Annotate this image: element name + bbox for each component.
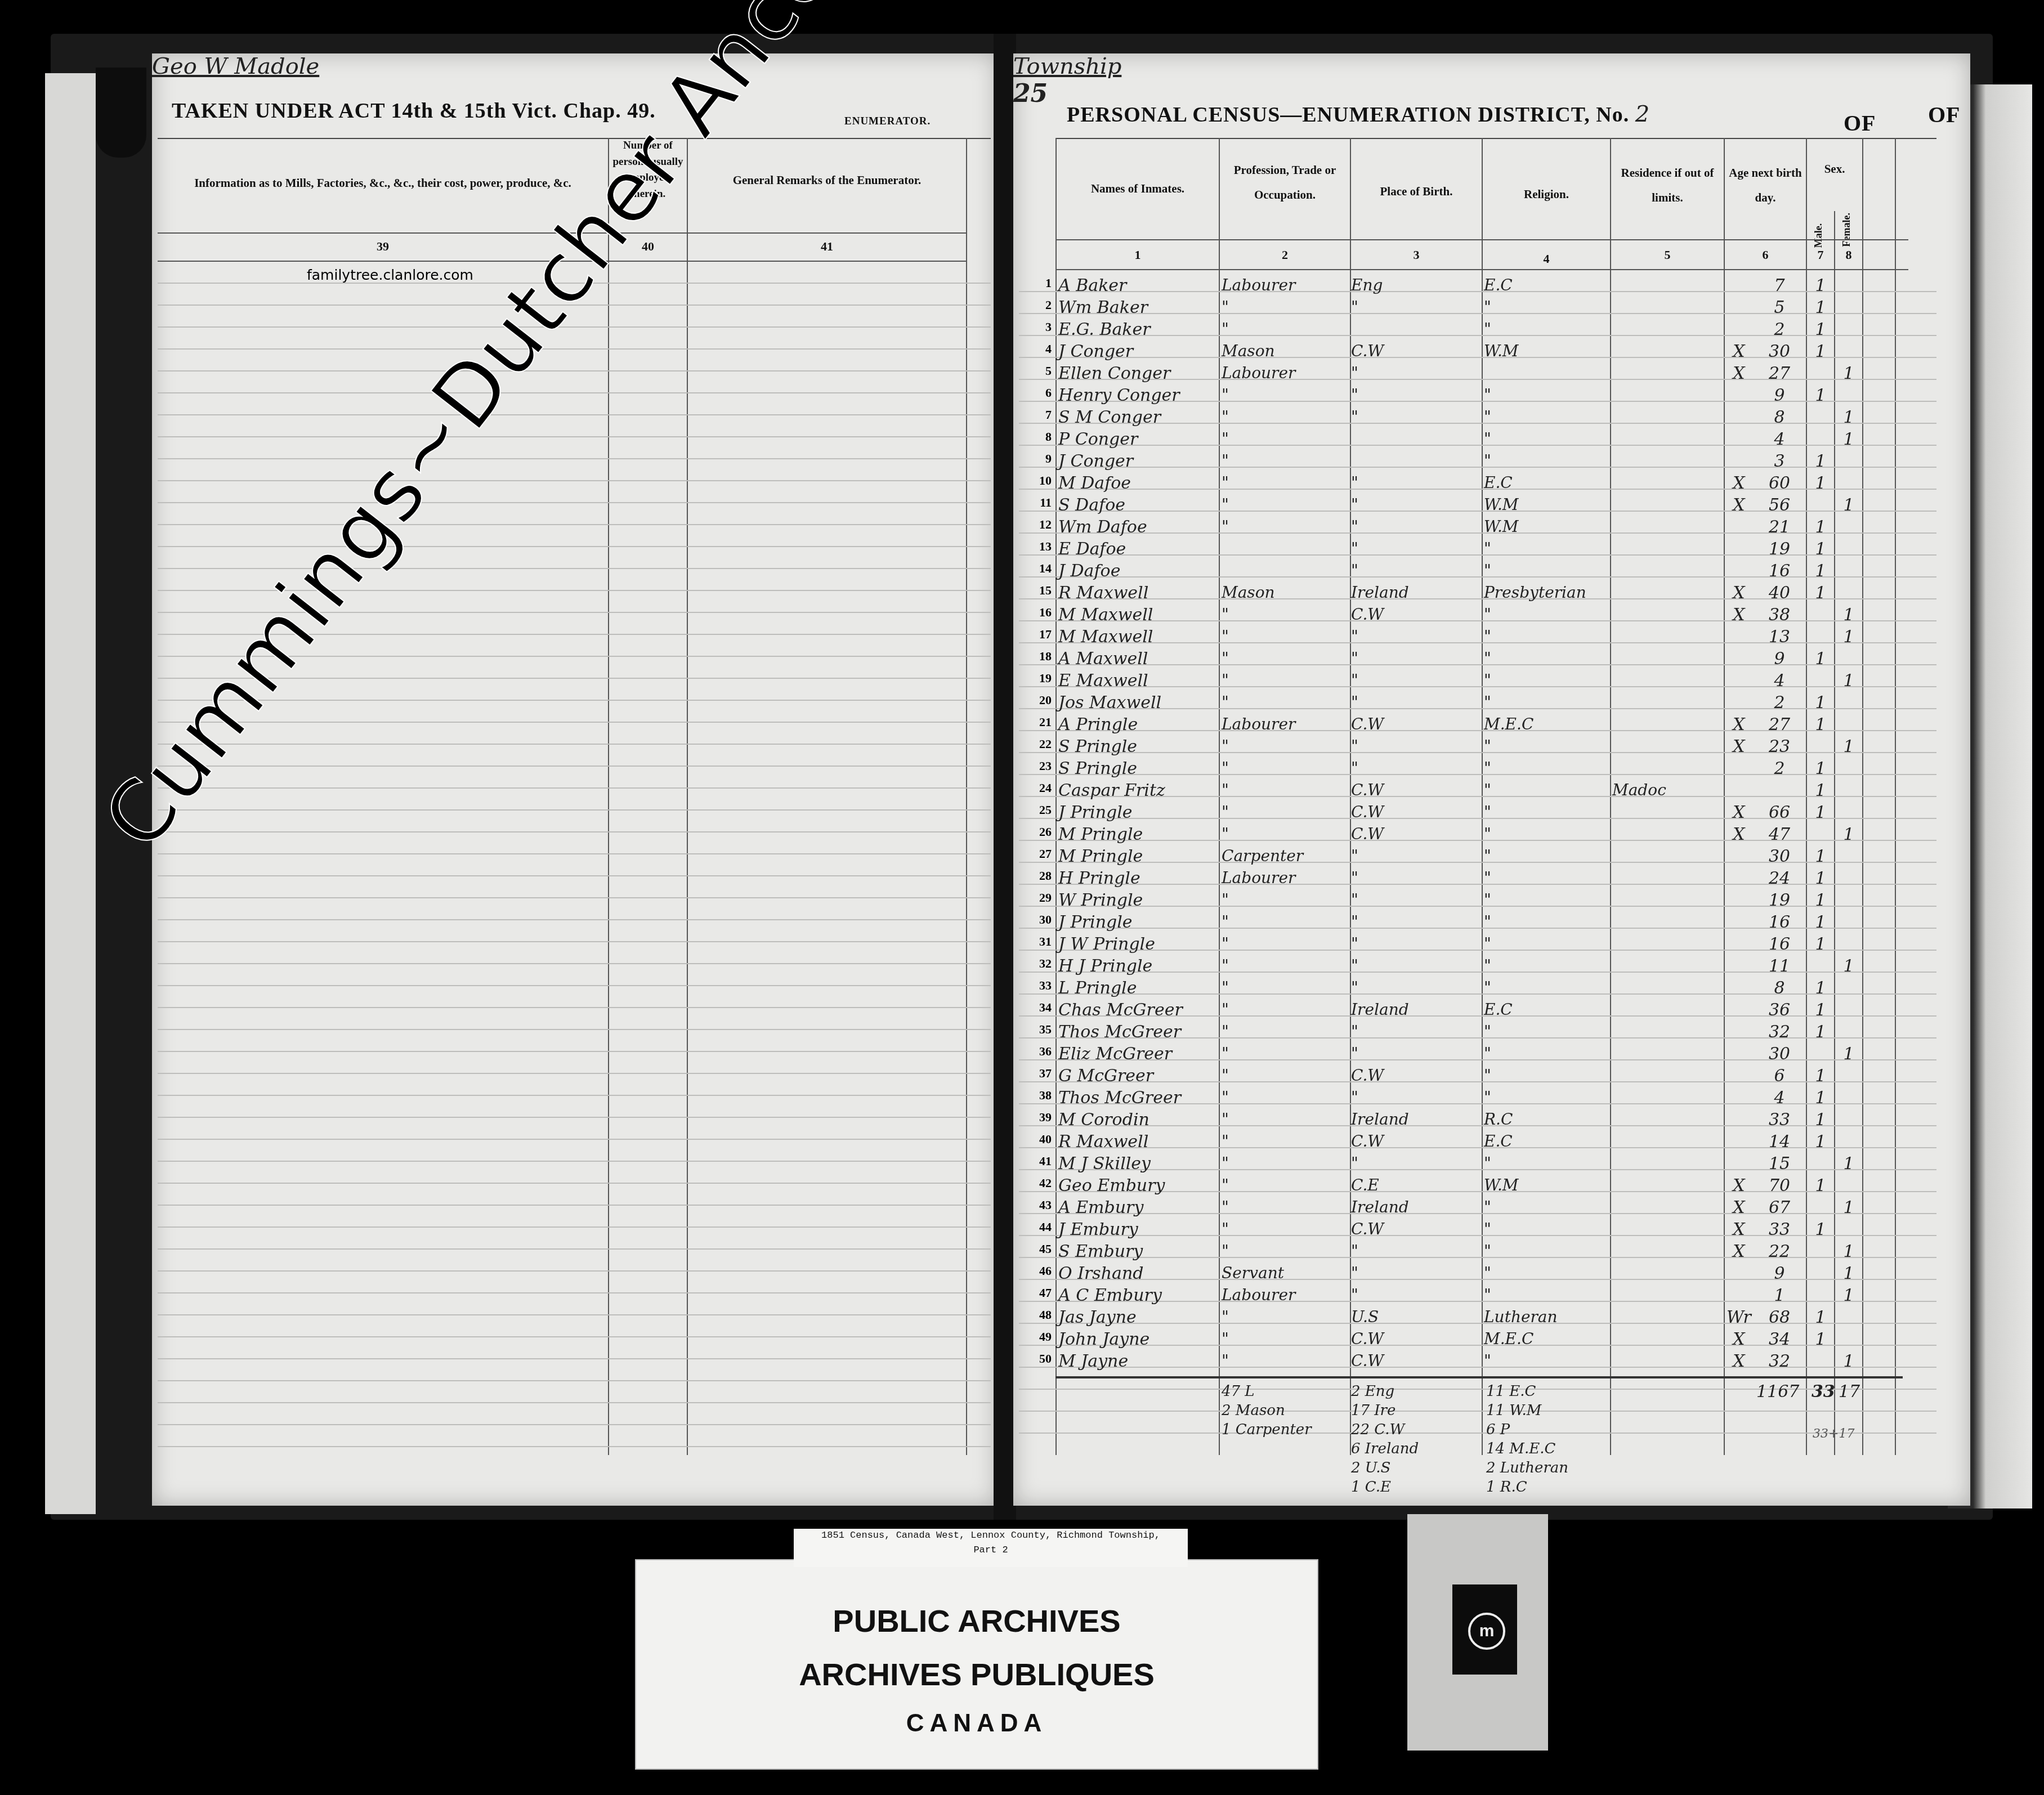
cell-age: 5 [1753, 298, 1806, 317]
cell-male: 1 [1807, 298, 1834, 317]
table-row: 47A C EmburyLabourer""11 [1013, 1286, 1970, 1308]
enumerator-signature: Geo W Madole [152, 53, 996, 79]
cell-occupation: " [1222, 320, 1350, 338]
cell-age: 23 [1753, 737, 1806, 757]
table-row: 30J Pringle"""161 [1013, 912, 1970, 934]
cell-name: Thos McGreer [1058, 1022, 1219, 1042]
cell-religion: W.M [1484, 1176, 1609, 1194]
cell-name: S Dafoe [1058, 495, 1219, 515]
cell-religion: " [1484, 869, 1609, 887]
cell-n: 17 [1018, 627, 1052, 642]
cell-religion: E.C [1484, 1000, 1609, 1019]
of-label: OF [1844, 110, 1876, 136]
table-row: 5Ellen CongerLabourer"X271 [1013, 364, 1970, 386]
cell-male: 1 [1807, 1220, 1834, 1239]
cell-religion: R.C [1484, 1110, 1609, 1129]
table-row: 33L Pringle"""81 [1013, 978, 1970, 1000]
cell-name: S M Conger [1058, 408, 1219, 427]
cell-birthplace: C.W [1351, 1220, 1481, 1238]
cell-male: 1 [1807, 759, 1834, 778]
cell-n: 9 [1018, 451, 1052, 466]
table-row: 39M Corodin"IrelandR.C331 [1013, 1110, 1970, 1132]
enumerator-label: ENUMERATOR. [844, 115, 931, 128]
cell-occupation: " [1222, 1110, 1350, 1129]
cell-age: 19 [1753, 539, 1806, 559]
census-header: PERSONAL CENSUS—ENUMERATION DISTRICT, No… [1067, 101, 1650, 127]
cell-male: 1 [1807, 386, 1834, 405]
cell-occupation: Mason [1222, 583, 1350, 602]
cell-occupation: Mason [1222, 342, 1350, 360]
cell-birthplace: C.E [1351, 1176, 1481, 1194]
cell-married: X [1725, 583, 1753, 603]
cell-name: M Pringle [1058, 847, 1219, 866]
cell-name: Chas McGreer [1058, 1000, 1219, 1020]
tally-line: 47 L [1222, 1382, 1312, 1401]
cell-religion: " [1484, 671, 1609, 690]
cell-occupation: " [1222, 495, 1350, 514]
cell-religion: M.E.C [1484, 715, 1609, 733]
cell-n: 27 [1018, 847, 1052, 861]
cell-birthplace: " [1351, 1088, 1481, 1107]
cell-occupation: " [1222, 803, 1350, 821]
cell-age: 4 [1753, 671, 1806, 691]
column-heading-age: Age next birth day. [1725, 160, 1806, 210]
cell-age: 33 [1753, 1110, 1806, 1130]
cell-occupation: " [1222, 978, 1350, 997]
cell-religion: " [1484, 649, 1609, 668]
cell-age: 30 [1753, 847, 1806, 866]
cell-religion: " [1484, 1198, 1609, 1216]
cell-occupation: " [1222, 429, 1350, 448]
cell-n: 23 [1018, 759, 1052, 773]
cell-married: X [1725, 605, 1753, 625]
cell-male: 1 [1807, 1066, 1834, 1086]
cell-age: 24 [1753, 869, 1806, 888]
cell-female: 1 [1835, 1154, 1862, 1174]
cell-age: 27 [1753, 715, 1806, 735]
cell-birthplace: " [1351, 408, 1481, 426]
tally-line: 22 C.W [1351, 1420, 1419, 1439]
cell-n: 14 [1018, 561, 1052, 576]
cell-religion: " [1484, 451, 1609, 470]
cell-n: 29 [1018, 890, 1052, 905]
cell-religion: " [1484, 781, 1609, 799]
column-number: 6 [1725, 248, 1806, 262]
cell-n: 2 [1018, 298, 1052, 312]
cell-occupation: " [1222, 1308, 1350, 1326]
totals-rule [1055, 1376, 1903, 1378]
cell-married: X [1725, 364, 1753, 383]
cell-name: M Maxwell [1058, 605, 1219, 625]
cell-occupation: " [1222, 890, 1350, 909]
cell-occupation: " [1222, 1330, 1350, 1348]
cell-female: 1 [1835, 1351, 1862, 1371]
cell-occupation: " [1222, 737, 1350, 755]
cell-name: J Conger [1058, 342, 1219, 361]
cell-name: S Pringle [1058, 737, 1219, 757]
cell-name: M Jayne [1058, 1351, 1219, 1371]
cell-occupation: " [1222, 386, 1350, 404]
cell-occupation: " [1222, 473, 1350, 492]
cell-female: 1 [1835, 737, 1862, 757]
cell-age: 38 [1753, 605, 1806, 625]
cell-n: 47 [1018, 1286, 1052, 1300]
cell-n: 13 [1018, 539, 1052, 554]
cell-birthplace: " [1351, 759, 1481, 777]
cell-occupation: " [1222, 649, 1350, 668]
cell-birthplace: " [1351, 693, 1481, 711]
cell-age: 40 [1753, 583, 1806, 603]
cell-religion: " [1484, 956, 1609, 975]
table-row: 43A Embury"Ireland"X671 [1013, 1198, 1970, 1220]
cell-name: E.G. Baker [1058, 320, 1219, 339]
cell-female: 1 [1835, 671, 1862, 691]
cell-n: 26 [1018, 825, 1052, 839]
cell-n: 4 [1018, 342, 1052, 356]
table-row: 19E Maxwell"""41 [1013, 671, 1970, 693]
cell-name: Wm Dafoe [1058, 517, 1219, 537]
cell-occupation: " [1222, 759, 1350, 777]
cell-religion: " [1484, 408, 1609, 426]
act-header: TAKEN UNDER ACT 14th & 15th Vict. Chap. … [172, 99, 656, 123]
column-number: 2 [1220, 248, 1350, 262]
cell-age: 2 [1753, 759, 1806, 778]
cell-n: 46 [1018, 1264, 1052, 1278]
cell-birthplace: " [1351, 1022, 1481, 1041]
cell-religion: " [1484, 847, 1609, 865]
cell-occupation: Carpenter [1222, 847, 1350, 865]
archives-line-french: ARCHIVES PUBLIQUES [636, 1656, 1317, 1693]
cell-birthplace: " [1351, 539, 1481, 558]
cell-n: 40 [1018, 1132, 1052, 1147]
cell-name: G McGreer [1058, 1066, 1219, 1086]
cell-age: 34 [1753, 1330, 1806, 1349]
cell-male: 1 [1807, 978, 1834, 998]
microfilm-label: 1851 Census, Canada West, Lennox County,… [794, 1529, 1188, 1567]
cell-married: X [1725, 715, 1753, 735]
cell-male: 1 [1807, 693, 1834, 713]
tally-line: 1 Carpenter [1222, 1420, 1312, 1439]
cell-religion: " [1484, 1242, 1609, 1260]
cell-name: Thos McGreer [1058, 1088, 1219, 1108]
cell-n: 11 [1018, 495, 1052, 510]
table-row: 36Eliz McGreer"""301 [1013, 1044, 1970, 1066]
cell-male: 1 [1807, 781, 1834, 800]
cell-n: 21 [1018, 715, 1052, 729]
column-number: 7 [1807, 248, 1834, 262]
cell-age: 15 [1753, 1154, 1806, 1174]
cell-married: X [1725, 1198, 1753, 1217]
cell-religion: " [1484, 1066, 1609, 1085]
table-row: 9J Conger""31 [1013, 451, 1970, 473]
cell-n: 15 [1018, 583, 1052, 598]
cell-male: 1 [1807, 715, 1834, 735]
cell-birthplace: " [1351, 1264, 1481, 1282]
cell-birthplace: C.W [1351, 1351, 1481, 1370]
cell-n: 16 [1018, 605, 1052, 620]
cell-name: Ellen Conger [1058, 364, 1219, 383]
cell-male: 1 [1807, 1088, 1834, 1108]
table-row: 7S M Conger"""81 [1013, 408, 1970, 429]
cell-married: X [1725, 1351, 1753, 1371]
cell-female: 1 [1835, 408, 1862, 427]
cell-birthplace: C.W [1351, 715, 1481, 733]
table-row: 23S Pringle"""21 [1013, 759, 1970, 781]
totals-footnote: 33+17 [1813, 1427, 1854, 1441]
cell-male: 1 [1807, 539, 1834, 559]
cell-birthplace: U.S [1351, 1308, 1481, 1326]
cell-male: 1 [1807, 473, 1834, 493]
cell-name: S Pringle [1058, 759, 1219, 778]
table-row: 48Jas Jayne"U.SLutheranWr681 [1013, 1308, 1970, 1330]
cell-religion: M.E.C [1484, 1330, 1609, 1348]
cell-occupation: " [1222, 1066, 1350, 1085]
cell-name: J Pringle [1058, 912, 1219, 932]
cell-age: 32 [1753, 1022, 1806, 1042]
cell-occupation: " [1222, 1351, 1350, 1370]
table-row: 46O IrshandServant""91 [1013, 1264, 1970, 1286]
header-rule [158, 138, 991, 139]
cell-religion: " [1484, 978, 1609, 997]
totals-birthplace: 2 Eng17 Ire22 C.W6 Ireland2 U.S1 C.E [1351, 1382, 1419, 1497]
cell-n: 19 [1018, 671, 1052, 686]
cell-birthplace: " [1351, 890, 1481, 909]
cell-birthplace: C.W [1351, 781, 1481, 799]
cell-religion: W.M [1484, 517, 1609, 536]
cell-birthplace: C.W [1351, 605, 1481, 624]
cell-occupation: " [1222, 451, 1350, 470]
table-row: 29W Pringle"""191 [1013, 890, 1970, 912]
census-scan: TAKEN UNDER ACT 14th & 15th Vict. Chap. … [0, 0, 2044, 1795]
archives-line-english: PUBLIC ARCHIVES [636, 1602, 1317, 1639]
cell-birthplace: C.W [1351, 1066, 1481, 1085]
cell-religion: " [1484, 320, 1609, 338]
cell-n: 31 [1018, 934, 1052, 949]
cell-birthplace: " [1351, 1286, 1481, 1304]
cell-male: 1 [1807, 1022, 1834, 1042]
tally-line: 6 Ireland [1351, 1439, 1419, 1458]
cell-birthplace: " [1351, 495, 1481, 514]
cell-male: 1 [1807, 890, 1834, 910]
cell-n: 41 [1018, 1154, 1052, 1169]
cell-married: X [1725, 1220, 1753, 1239]
cell-name: E Dafoe [1058, 539, 1219, 559]
cell-n: 6 [1018, 386, 1052, 400]
tally-line: 2 Mason [1222, 1401, 1312, 1420]
cell-age: 9 [1753, 386, 1806, 405]
table-row: 28H PringleLabourer""241 [1013, 869, 1970, 890]
column-heading-names: Names of Inmates. [1057, 180, 1219, 198]
cell-occupation: " [1222, 1088, 1350, 1107]
cell-male: 1 [1807, 1176, 1834, 1196]
cell-religion: W.M [1484, 495, 1609, 514]
cell-female: 1 [1835, 956, 1862, 976]
cell-birthplace: " [1351, 737, 1481, 755]
page-gutter [994, 34, 1016, 1520]
cell-religion: " [1484, 912, 1609, 931]
of-label-continuation: OF [1928, 101, 1961, 128]
tally-line: 2 Eng [1351, 1382, 1419, 1401]
cell-male: 1 [1807, 451, 1834, 471]
left-book-edge [45, 73, 96, 1514]
cell-name: Jas Jayne [1058, 1308, 1219, 1327]
cell-male: 1 [1807, 1330, 1834, 1349]
totals-age: 1167 [1756, 1382, 1799, 1402]
table-row: 10M Dafoe""E.CX601 [1013, 473, 1970, 495]
cell-religion: " [1484, 627, 1609, 646]
cell-birthplace: " [1351, 561, 1481, 580]
cell-occupation: " [1222, 1220, 1350, 1238]
cell-n: 12 [1018, 517, 1052, 532]
cell-male: 1 [1807, 847, 1834, 866]
cell-male: 1 [1807, 320, 1834, 339]
cell-age: 3 [1753, 451, 1806, 471]
table-row: 6Henry Conger"""91 [1013, 386, 1970, 408]
cell-occupation: Servant [1222, 1264, 1350, 1282]
cell-religion: " [1484, 934, 1609, 953]
table-row: 1A BakerLabourerEngE.C71 [1013, 276, 1970, 298]
column-heading-birthplace: Place of Birth. [1351, 183, 1482, 201]
cell-religion: E.C [1484, 473, 1609, 492]
cell-religion: E.C [1484, 276, 1609, 294]
cell-age: 70 [1753, 1176, 1806, 1196]
cell-n: 1 [1018, 276, 1052, 290]
header-rule [1055, 138, 1936, 139]
cell-religion: E.C [1484, 1132, 1609, 1151]
site-tag: familytree.clanlore.com [307, 267, 473, 283]
cell-female: 1 [1835, 1264, 1862, 1283]
cell-religion: " [1484, 539, 1609, 558]
archives-card: PUBLIC ARCHIVES ARCHIVES PUBLIQUES CANAD… [635, 1559, 1318, 1770]
district-name: Township [1013, 53, 1970, 79]
cell-occupation: " [1222, 1132, 1350, 1151]
microfilm-logo-icon: m [1452, 1584, 1517, 1675]
cell-n: 49 [1018, 1330, 1052, 1344]
cell-birthplace: " [1351, 847, 1481, 865]
table-row: 16M Maxwell"C.W"X381 [1013, 605, 1970, 627]
cell-male: 1 [1807, 869, 1834, 888]
cell-birthplace: " [1351, 912, 1481, 931]
cell-n: 42 [1018, 1176, 1052, 1190]
table-row: 12Wm Dafoe""W.M211 [1013, 517, 1970, 539]
cell-married: X [1725, 1330, 1753, 1349]
film-edge [0, 1773, 2044, 1795]
cell-name: O Irshand [1058, 1264, 1219, 1283]
table-row: 40R Maxwell"C.WE.C141 [1013, 1132, 1970, 1154]
table-row: 11S Dafoe""W.MX561 [1013, 495, 1970, 517]
cell-name: R Maxwell [1058, 583, 1219, 603]
cell-age: 22 [1753, 1242, 1806, 1261]
cell-age: 2 [1753, 320, 1806, 339]
totals-female: 17 [1839, 1382, 1860, 1402]
cell-occupation: Labourer [1222, 715, 1350, 733]
district-number: 2 [1635, 101, 1650, 127]
cell-occupation: " [1222, 781, 1350, 799]
table-row: 22S Pringle"""X231 [1013, 737, 1970, 759]
cell-occupation: " [1222, 627, 1350, 646]
cell-birthplace: C.W [1351, 1132, 1481, 1151]
cell-name: W Pringle [1058, 890, 1219, 910]
cell-religion: " [1484, 1286, 1609, 1304]
cell-age: 21 [1753, 517, 1806, 537]
cell-religion: " [1484, 1351, 1609, 1370]
cell-age: 66 [1753, 803, 1806, 822]
cell-name: E Maxwell [1058, 671, 1219, 691]
cell-age: 16 [1753, 561, 1806, 581]
table-row: 20Jos Maxwell"""21 [1013, 693, 1970, 715]
cell-name: Jos Maxwell [1058, 693, 1219, 713]
cell-female: 1 [1835, 364, 1862, 383]
cell-married: X [1725, 1176, 1753, 1196]
cell-religion: " [1484, 1154, 1609, 1172]
microfilm-label-line1: 1851 Census, Canada West, Lennox County,… [794, 1529, 1188, 1543]
cell-occupation: " [1222, 298, 1350, 316]
cell-female: 1 [1835, 605, 1862, 625]
cell-name: L Pringle [1058, 978, 1219, 998]
cell-female: 1 [1835, 495, 1862, 515]
cell-religion: " [1484, 1044, 1609, 1063]
cell-name: M J Skilley [1058, 1154, 1219, 1174]
cell-occupation: " [1222, 408, 1350, 426]
totals-religion: 11 E.C11 W.M6 P14 M.E.C2 Lutheran1 R.C [1486, 1382, 1568, 1497]
column-number: 8 [1835, 248, 1862, 262]
cell-male: 1 [1807, 517, 1834, 537]
table-row: 41M J Skilley"""151 [1013, 1154, 1970, 1176]
cell-religion: " [1484, 429, 1609, 448]
tally-line: 14 M.E.C [1486, 1439, 1568, 1458]
cell-married: X [1725, 1242, 1753, 1261]
cell-name: H J Pringle [1058, 956, 1219, 976]
cell-religion: " [1484, 1022, 1609, 1041]
cell-female: 1 [1835, 1242, 1862, 1261]
cell-age: 9 [1753, 649, 1806, 669]
cell-male: 1 [1807, 583, 1834, 603]
cell-birthplace: Ireland [1351, 1198, 1481, 1216]
cell-age: 32 [1753, 1351, 1806, 1371]
cell-female: 1 [1835, 1198, 1862, 1217]
cell-male: 1 [1807, 803, 1834, 822]
cell-occupation: " [1222, 693, 1350, 711]
tally-line: 2 U.S [1351, 1458, 1419, 1478]
table-row: 2Wm Baker"""51 [1013, 298, 1970, 320]
column-heading-remarks: General Remarks of the Enumerator. [688, 172, 966, 190]
cell-birthplace: " [1351, 956, 1481, 975]
cell-age: 14 [1753, 1132, 1806, 1152]
column-number: 5 [1611, 248, 1724, 262]
tally-line: 2 Lutheran [1486, 1458, 1568, 1478]
cell-n: 10 [1018, 473, 1052, 488]
cell-name: Caspar Fritz [1058, 781, 1219, 800]
cell-birthplace: " [1351, 1154, 1481, 1172]
cell-name: Henry Conger [1058, 386, 1219, 405]
table-row: 26M Pringle"C.W"X471 [1013, 825, 1970, 847]
cell-n: 22 [1018, 737, 1052, 751]
table-row: 49John Jayne"C.WM.E.CX341 [1013, 1330, 1970, 1351]
cell-birthplace: " [1351, 671, 1481, 690]
cell-name: J W Pringle [1058, 934, 1219, 954]
table-row: 42Geo Embury"C.EW.MX701 [1013, 1176, 1970, 1198]
cell-age: 1 [1753, 1286, 1806, 1305]
cell-male: 1 [1807, 1308, 1834, 1327]
cell-age: 7 [1753, 276, 1806, 296]
cell-religion: " [1484, 803, 1609, 821]
cell-religion: " [1484, 890, 1609, 909]
cell-male: 1 [1807, 1000, 1834, 1020]
cell-age: 36 [1753, 1000, 1806, 1020]
cell-age: 11 [1753, 956, 1806, 976]
cell-birthplace: " [1351, 934, 1481, 953]
cell-male: 1 [1807, 561, 1834, 581]
